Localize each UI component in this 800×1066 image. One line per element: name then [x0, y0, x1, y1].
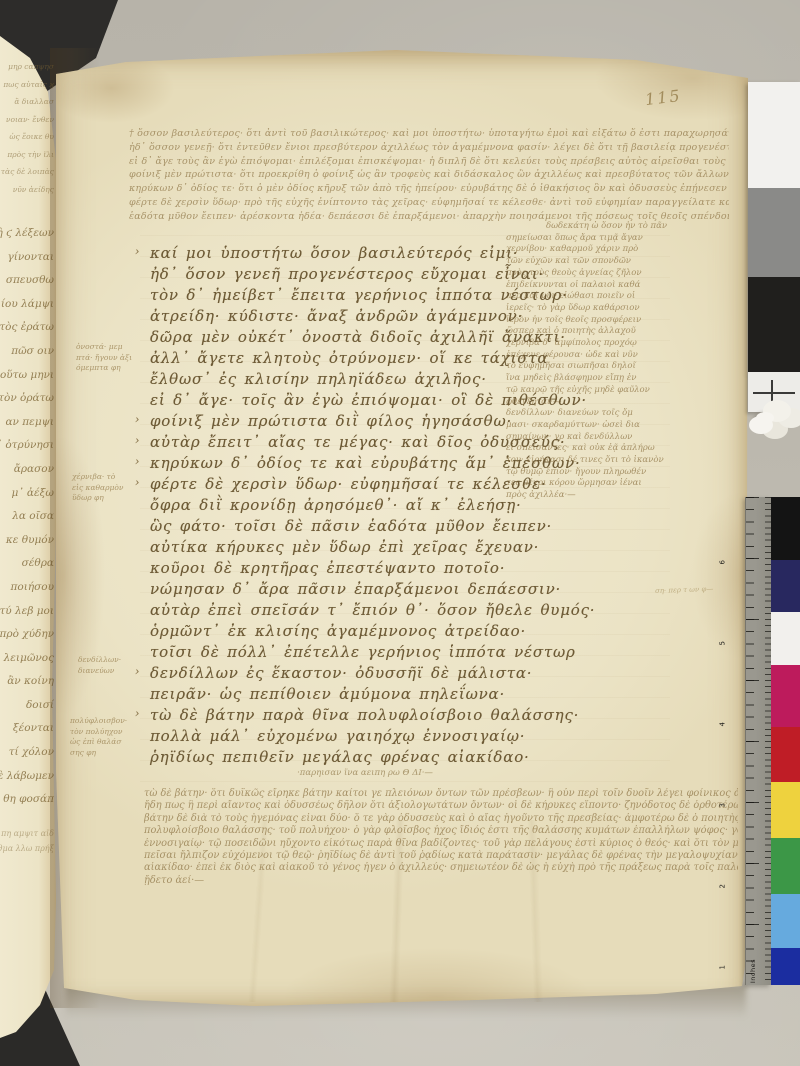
- text-line: ἂν κοίνη: [0, 670, 54, 694]
- text-line: κοῦροι δὲ κρητῆρας ἐπεστέψαντο ποτοῖο·: [150, 559, 586, 580]
- text-line: σης φη: [70, 748, 150, 759]
- ruler-numbers: 654321: [754, 519, 764, 1005]
- text-line: πῶσ οιν: [0, 340, 54, 364]
- text-line: αὐτὰρ ἐπεὶ σπεῖσάν τ᾽ ἔπιόν θ᾽· ὅσον ἤθε…: [150, 601, 586, 622]
- text-line: εἰ δ᾽ ἄγε· τοῖς ἂν ἐγὼ ἐπιόψομαι· οἳ δὲ …: [150, 391, 586, 412]
- text-line: τὰς δὲ λοιπὰς: [0, 163, 54, 181]
- diple-mark: ›: [135, 413, 140, 426]
- text-line: ἤδη πως ἢ περὶ αἴαντος καὶ ὀδυσσέως δῆλο…: [144, 800, 738, 812]
- text-line: βάτην δὲ διὰ τὸ τοὺς ἡγεμόνας εἶναι δύο·…: [144, 813, 738, 825]
- text-line: θμα λλω πρήξ: [0, 841, 54, 856]
- scholia-top-block: † ὅσσον βασιλεύτερος· ὅτι ἀντὶ τοῦ βασιλ…: [129, 127, 729, 224]
- text-line: ῥηϊδίως πεπιθεῖν μεγάλας φρένας αἰακίδαο…: [150, 748, 586, 769]
- facing-page-text-fragments: ἢ ϛ λέξεωνγίνονταισπευσθωλίου λάμψιτὸς ἐ…: [0, 222, 54, 812]
- red-patch: [771, 727, 800, 782]
- text-line: ›αὐτὰρ ἔπειτ᾽ αἴας τε μέγας· καὶ δῖος ὀδ…: [150, 433, 586, 454]
- text-line: νῦν ἀείδης: [0, 181, 54, 199]
- text-line: ›τὼ δὲ βάτην παρὰ θῖνα πολυφλοίσβοιο θαλ…: [150, 706, 586, 727]
- main-text-iliad-lines: ›καί μοι ὑποστήτω ὅσον βασιλεύτερός εἰμι…: [150, 244, 586, 769]
- text-line: πως αὐταῖς ϗ: [0, 76, 54, 94]
- text-line: πολλὰ μάλ᾽ εὐχομένω γαιηόχῳ ἐννοσιγαίῳ·: [150, 727, 586, 748]
- text-line: † ὅσσον βασιλεύτερος· ὅτι ἀντὶ τοῦ βασιλ…: [129, 127, 729, 141]
- facing-page-text-fragments-bottom: πη αμψιτ αϊδθμα λλω πρήξ: [0, 826, 54, 856]
- text-line: δωδεκάτη ὦ ὅσον ἦν τὸ πᾶν: [506, 221, 670, 233]
- text-line: ὡς ἔοικε θυ: [0, 128, 54, 146]
- text-line: νοιαν· ἔνθεν: [0, 111, 54, 129]
- text-line: ᾔδετο ἀεί·—: [144, 875, 738, 887]
- text-line: χέρνιβα· τὸ: [72, 472, 144, 483]
- text-line: φέρτε δὲ χερσὶν ὕδωρ· πρὸ τῆς εὐχῆς ἐνίπ…: [129, 196, 729, 210]
- text-line: ›δενδίλλων ἐς ἕκαστον· ὀδυσσῆϊ δὲ μάλιστ…: [150, 664, 586, 685]
- text-line: ἀτρείδη· κύδιστε· ἄναξ ἀνδρῶν ἀγάμεμνον·: [150, 307, 586, 328]
- text-line: τὸν δ᾽ ἠμείβετ᾽ ἔπειτα γερήνιος ἱππότα ν…: [150, 286, 586, 307]
- text-line: μ᾽ ἀέξω: [0, 482, 54, 506]
- text-line: αν πεμψι: [0, 411, 54, 435]
- text-line: ἠδ᾽ ὅσσον γενεῇ· ὅτι ἐντεῦθεν ἔνιοι πρεσ…: [129, 141, 729, 155]
- diple-mark: ›: [135, 434, 140, 447]
- text-line: θη φοσάπ: [0, 788, 54, 812]
- color-calibration-strip: [771, 497, 800, 985]
- text-line: τὼ δὲ βάτην· ὅτι δυϊκῶς εἴρηκε βάτην καί…: [144, 788, 738, 800]
- text-line: δῶρα μὲν οὐκέτ᾽ ὀνοστὰ διδοῖς ἀχιλλῆϊ ἄν…: [150, 328, 586, 349]
- text-line: ›φοίνιξ μὲν πρώτιστα διῒ φίλος ἡγησάσθω·: [150, 412, 586, 433]
- crosshair-icon: [771, 380, 773, 406]
- text-line: εἰ δ᾽ ἄγε τοὺς ἂν ἐγὼ ἐπιόψομαι· ἐπιλέξο…: [129, 155, 729, 169]
- subscription-line: ·παρηισαν ϊνα αειπη ρω Θ ΔΙ·—: [250, 768, 480, 778]
- text-line: ›καί μοι ὑποστήτω ὅσον βασιλεύτερός εἰμι…: [150, 244, 586, 265]
- text-line: αὐτίκα κήρυκες μὲν ὕδωρ ἐπὶ χεῖρας ἔχευα…: [150, 538, 586, 559]
- facing-page-text-fragments-top: μηρ ϲαπψησπως αὐταῖς ϗἃ διαλλασνοιαν· ἔν…: [0, 58, 54, 198]
- text-line: πολύφλοισβον·: [70, 716, 150, 727]
- text-line: διανεύων: [78, 666, 144, 677]
- text-line: δὲ λάβωμεν: [0, 765, 54, 789]
- scholia-bottom-block: τὼ δὲ βάτην· ὅτι δυϊκῶς εἴρηκε βάτην καί…: [144, 788, 738, 887]
- text-line: τί χόλον: [0, 741, 54, 765]
- text-line: ὕδωρ φη: [72, 493, 144, 504]
- text-line: τύ λεβ μοι: [0, 600, 54, 624]
- text-line: πεῖσαι ἤλπιζον εὐχόμενοι τῷ θεῷ· ῥηϊδίως…: [144, 850, 738, 862]
- text-line: ἄρασον: [0, 458, 54, 482]
- black-patch: [748, 277, 800, 372]
- left-margin-note-1: ὀνοστά· μεμπτά· ἤγουν ἀξιόμεμπτα φη: [76, 342, 146, 374]
- yellow-patch: [771, 782, 800, 838]
- manuscript-photo: μηρ ϲαπψησπως αὐταῖς ϗἃ διαλλασνοιαν· ἔν…: [0, 0, 800, 1066]
- text-line: τοῖσι δὲ πόλλ᾽ ἐπέτελλε γερήνιος ἱππότα …: [150, 643, 586, 664]
- ruler-label: Inches: [749, 959, 757, 983]
- text-line: τ᾽ ὀτρύνησι: [0, 434, 54, 458]
- text-line: όμεμπτα φη: [76, 363, 146, 374]
- blue-patch: [771, 948, 800, 985]
- text-line: ἔλθωσ᾽ ἐς κλισίην πηληϊάδεω ἀχιλῆος·: [150, 370, 586, 391]
- cotton-wad: [756, 412, 774, 424]
- text-line: τὸν πολύηχον: [70, 727, 150, 738]
- text-line: ἠδ᾽ ὅσον γενεῆ προγενέστερος εὔχομαι εἶν…: [150, 265, 586, 286]
- left-margin-note-4: πολύφλοισβον·τὸν πολύηχονὡς ἐπὶ θαλάσσης…: [70, 716, 150, 758]
- grayscale-calibration-strip: [748, 82, 800, 372]
- text-line: τὸν ὁράτω: [0, 387, 54, 411]
- text-line: σέθρα: [0, 552, 54, 576]
- text-line: ›κηρύκων δ᾽ ὀδίος τε καὶ εὐρυβάτης ἅμ᾽ ἑ…: [150, 454, 586, 475]
- text-line: δενδίλλων·: [78, 655, 144, 666]
- text-line: νώμησαν δ᾽ ἄρα πᾶσιν ἐπαρξάμενοι δεπάεσσ…: [150, 580, 586, 601]
- text-line: πη αμψιτ αϊδ: [0, 826, 54, 841]
- text-line: ὁρμῶντ᾽ ἐκ κλισίης ἀγαμέμνονος ἀτρείδαο·: [150, 622, 586, 643]
- text-line: ὣς φάτο· τοῖσι δὲ πᾶσιν ἑαδότα μῦθον ἔει…: [150, 517, 586, 538]
- left-margin-note-3: δενδίλλων·διανεύων: [78, 655, 144, 676]
- diple-mark: ›: [135, 245, 140, 258]
- text-line: πειρᾶν· ὡς πεπίθοιεν ἀμύμονα πηλεΐωνα·: [150, 685, 586, 706]
- text-line: σπευσθω: [0, 269, 54, 293]
- text-line: κε θυμόν: [0, 529, 54, 553]
- crosshair-icon: [753, 392, 795, 394]
- text-line: ξέονται: [0, 717, 54, 741]
- text-line: κηρύκων δ᾽ ὀδίος τε· ὅτι ὁ μὲν ὀδίος κῆρ…: [129, 182, 729, 196]
- text-line: τὸς ἐράτω: [0, 316, 54, 340]
- text-line: σημείωσαι ὅπως ἄρα τιμᾷ ἄγαν: [506, 233, 670, 245]
- white-patch: [771, 612, 800, 665]
- text-line: πρὸς τὴν ϊλι: [0, 146, 54, 164]
- text-line: ὀνοστά· μεμ: [76, 342, 146, 353]
- light-blue-patch: [771, 894, 800, 948]
- text-line: μηρ ϲαπψησ: [0, 58, 54, 76]
- text-line: αἰακίδαο· ἐπεὶ ἐκ διὸς καὶ αἰακοῦ τὸ γέν…: [144, 862, 738, 874]
- text-line: ἀλλ᾽ ἄγετε κλητοὺς ὀτρύνομεν· οἵ κε τάχι…: [150, 349, 586, 370]
- text-line: ποιήσου: [0, 576, 54, 600]
- gray-patch: [748, 188, 800, 277]
- magenta-patch: [771, 665, 800, 727]
- text-line: λειμῶνος: [0, 647, 54, 671]
- text-line: φοίνιξ μὲν πρώτιστα· ὅτι προεκρίθη ὁ φοί…: [129, 168, 729, 182]
- text-line: ὡς ἐπὶ θαλάσ: [70, 737, 150, 748]
- text-line: πτά· ἤγουν ἀξι: [76, 353, 146, 364]
- text-line: πολυφλοίσβοιο θαλάσσης· τοῦ πολυήχου· ὁ …: [144, 825, 738, 837]
- navy-patch: [771, 560, 800, 612]
- left-margin-note-2: χέρνιβα· τὸεἰς καθαρμὸνὕδωρ φη: [72, 472, 144, 504]
- text-line: ἢ ϛ λέξεων: [0, 222, 54, 246]
- green-patch: [771, 838, 800, 894]
- text-line: γίνονται: [0, 246, 54, 270]
- text-line: εἰς καθαρμὸν: [72, 483, 144, 494]
- white-patch: [748, 82, 800, 188]
- text-line: οὕτω μηνι: [0, 364, 54, 388]
- text-line: δοισί: [0, 694, 54, 718]
- text-line: ›φέρτε δὲ χερσὶν ὕδωρ· εὐφημῆσαί τε κέλε…: [150, 475, 586, 496]
- text-line: λα οῖσα: [0, 505, 54, 529]
- text-line: ἐννοσιγαίῳ· τῷ ποσειδῶνι ηὔχοντο εἰκότως…: [144, 838, 738, 850]
- black-patch: [771, 497, 800, 560]
- text-line: ὄφρα διῒ κρονίδῃ ἀρησόμεθ᾽· αἴ κ᾽ ἐλεήσῃ…: [150, 496, 586, 517]
- text-line: πρὸ χύδην: [0, 623, 54, 647]
- diple-mark: ›: [135, 455, 140, 468]
- inch-ruler: 654321 Inches: [745, 497, 771, 985]
- text-line: λίου λάμψι: [0, 293, 54, 317]
- text-line: ἃ διαλλασ: [0, 93, 54, 111]
